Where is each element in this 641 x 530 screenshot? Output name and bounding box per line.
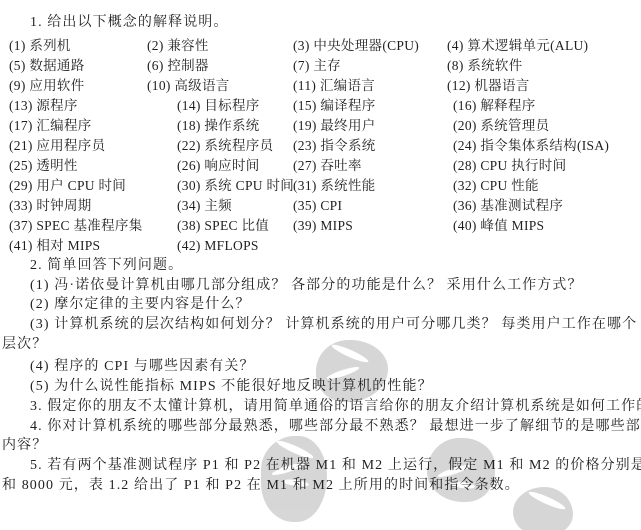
concept-row: (9) 应用软件 (10) 高级语言 (11) 汇编语言 (12) 机器语言: [0, 76, 641, 96]
concept-row: (21) 应用程序员 (22) 系统程序员 (23) 指令系统 (24) 指令集…: [0, 136, 641, 156]
concept-item: (24) 指令集体系结构(ISA): [453, 136, 609, 156]
concept-item: (37) SPEC 基准程序集: [9, 216, 143, 236]
section-5-heading: 5. 若有两个基准测试程序 P1 和 P2 在机器 M1 和 M2 上运行，假定…: [0, 456, 641, 476]
concept-item: (16) 解释程序: [453, 96, 536, 116]
concept-item: (15) 编译程序: [293, 96, 376, 116]
concept-item: (6) 控制器: [147, 56, 209, 76]
concept-item: (8) 系统软件: [447, 56, 523, 76]
concept-item: (28) CPU 执行时间: [453, 156, 566, 176]
concept-item: (32) CPU 性能: [453, 176, 539, 196]
concept-item: (40) 峰值 MIPS: [453, 216, 544, 236]
concept-item: (25) 透明性: [9, 156, 78, 176]
concept-item: (12) 机器语言: [447, 76, 530, 96]
question-line-continuation: 内容？: [0, 436, 641, 456]
section-2-heading: 2. 简单回答下列问题。: [0, 256, 641, 276]
section-4-heading: 4. 你对计算机系统的哪些部分最熟悉，哪些部分最不熟悉？ 最想进一步了解细节的是…: [0, 417, 641, 437]
concept-row: (41) 相对 MIPS (42) MFLOPS: [0, 236, 641, 256]
document-page: 1. 给出以下概念的解释说明。 (1) 系列机 (2) 兼容性 (3) 中央处理…: [0, 0, 641, 530]
concept-row: (25) 透明性 (26) 响应时间 (27) 吞吐率 (28) CPU 执行时…: [0, 156, 641, 176]
concept-item: (1) 系列机: [9, 36, 71, 56]
concept-row: (13) 源程序 (14) 目标程序 (15) 编译程序 (16) 解释程序: [0, 96, 641, 116]
question-line-continuation: 和 8000 元，表 1.2 给出了 P1 和 P2 在 M1 和 M2 上所用…: [0, 476, 641, 496]
concept-item: (42) MFLOPS: [177, 236, 259, 256]
concept-item: (31) 系统性能: [293, 176, 376, 196]
question-line-continuation: 层次？: [0, 335, 641, 355]
question-line: (5) 为什么说性能指标 MIPS 不能很好地反映计算机的性能？: [0, 377, 641, 397]
concept-item: (10) 高级语言: [147, 76, 230, 96]
concept-item: (20) 系统管理员: [453, 116, 549, 136]
section-3-heading: 3. 假定你的朋友不太懂计算机，请用简单通俗的语言给你的朋友介绍计算机系统是如何…: [0, 397, 641, 417]
concept-item: (27) 吞吐率: [293, 156, 362, 176]
concept-item: (23) 指令系统: [293, 136, 376, 156]
concept-item: (33) 时钟周期: [9, 196, 92, 216]
concept-row: (29) 用户 CPU 时间 (30) 系统 CPU 时间 (31) 系统性能 …: [0, 176, 641, 196]
concept-item: (5) 数据通路: [9, 56, 85, 76]
concept-item: (19) 最终用户: [293, 116, 376, 136]
concept-row: (33) 时钟周期 (34) 主频 (35) CPI (36) 基准测试程序: [0, 196, 641, 216]
concept-item: (35) CPI: [293, 196, 342, 216]
concept-item: (39) MIPS: [293, 216, 353, 236]
concept-item: (2) 兼容性: [147, 36, 209, 56]
question-line: (1) 冯·诺依曼计算机由哪几部分组成？ 各部分的功能是什么？ 采用什么工作方式…: [0, 276, 641, 296]
concept-item: (9) 应用软件: [9, 76, 85, 96]
concept-item: (21) 应用程序员: [9, 136, 105, 156]
concept-item: (29) 用户 CPU 时间: [9, 176, 126, 196]
concept-item: (7) 主存: [293, 56, 341, 76]
question-line: (2) 摩尔定律的主要内容是什么？: [0, 295, 641, 315]
concept-row: (37) SPEC 基准程序集 (38) SPEC 比值 (39) MIPS (…: [0, 216, 641, 236]
concept-item: (36) 基准测试程序: [453, 196, 563, 216]
question-line: (3) 计算机系统的层次结构如何划分？ 计算机系统的用户可分哪几类？ 每类用户工…: [0, 315, 641, 335]
concept-row: (17) 汇编程序 (18) 操作系统 (19) 最终用户 (20) 系统管理员: [0, 116, 641, 136]
exercise-text: 1. 给出以下概念的解释说明。 (1) 系列机 (2) 兼容性 (3) 中央处理…: [0, 0, 641, 495]
concept-item: (13) 源程序: [9, 96, 78, 116]
concept-item: (11) 汇编语言: [293, 76, 375, 96]
concept-item: (26) 响应时间: [177, 156, 260, 176]
concept-item: (34) 主频: [177, 196, 232, 216]
concept-item: (30) 系统 CPU 时间: [177, 176, 294, 196]
concept-item: (4) 算术逻辑单元(ALU): [447, 36, 588, 56]
concept-item: (22) 系统程序员: [177, 136, 273, 156]
concept-item: (3) 中央处理器(CPU): [293, 36, 419, 56]
concept-item: (18) 操作系统: [177, 116, 260, 136]
concept-item: (17) 汇编程序: [9, 116, 92, 136]
concept-item: (38) SPEC 比值: [177, 216, 269, 236]
concept-list: (1) 系列机 (2) 兼容性 (3) 中央处理器(CPU) (4) 算术逻辑单…: [0, 36, 641, 256]
concept-item: (41) 相对 MIPS: [9, 236, 100, 256]
concept-item: (14) 目标程序: [177, 96, 260, 116]
concept-row: (1) 系列机 (2) 兼容性 (3) 中央处理器(CPU) (4) 算术逻辑单…: [0, 36, 641, 56]
question-line: (4) 程序的 CPI 与哪些因素有关？: [0, 357, 641, 377]
section-1-heading: 1. 给出以下概念的解释说明。: [0, 13, 641, 33]
concept-row: (5) 数据通路 (6) 控制器 (7) 主存 (8) 系统软件: [0, 56, 641, 76]
